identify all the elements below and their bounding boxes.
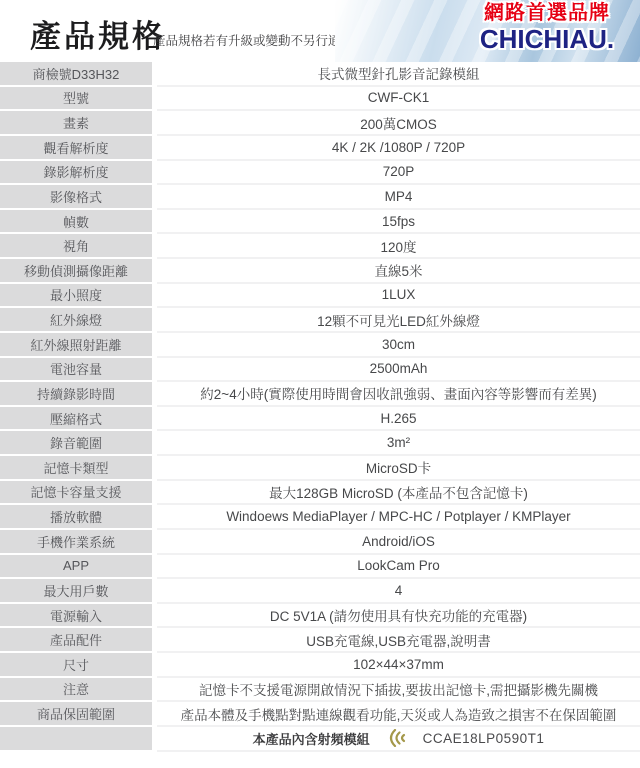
spec-row: 型號 CWF-CK1 [0, 87, 640, 112]
rf-cert-code: CCAE18LP0590T1 [423, 731, 545, 746]
rf-cert-cell: 本產品內含射頻模組 CCAE18LP0590T1 [157, 727, 640, 752]
spec-value: 約2~4小時(實際使用時間會因收訊強弱、畫面內容等影響而有差異) [157, 382, 640, 407]
spec-label: 商品保固範圍 [0, 702, 152, 727]
page-title: 產品規格 [30, 11, 166, 56]
spec-row: 產品配件 USB充電線,USB充電器,說明書 [0, 628, 640, 653]
spec-row: 畫素 200萬CMOS [0, 111, 640, 136]
spec-value: 3m² [157, 431, 640, 456]
spec-row: 最小照度 1LUX [0, 284, 640, 309]
header-note: 產品規格若有升級或變動不另行通知 [153, 31, 353, 49]
spec-label: 尺寸 [0, 653, 152, 678]
spec-label: 紅外線燈 [0, 308, 152, 333]
spec-row: 手機作業系統 Android/iOS [0, 530, 640, 555]
spec-value: 4K / 2K /1080P / 720P [157, 136, 640, 161]
spec-value: 120度 [157, 234, 640, 259]
spec-label: 紅外線照射距離 [0, 333, 152, 358]
spec-row: 電源輸入 DC 5V1A (請勿使用具有快充功能的充電器) [0, 604, 640, 629]
spec-label: 記憶卡容量支援 [0, 481, 152, 506]
spec-row: 移動偵測攝像距離 直線5米 [0, 259, 640, 284]
spec-value: MicroSD卡 [157, 456, 640, 481]
spec-value: 最大128GB MicroSD (本產品不包含記憶卡) [157, 481, 640, 506]
spec-label: 產品配件 [0, 628, 152, 653]
spec-value: USB充電線,USB充電器,說明書 [157, 628, 640, 653]
spec-row: 幀數 15fps [0, 210, 640, 235]
spec-value: 長式微型針孔影音記錄模組 [157, 62, 640, 87]
spec-label: 錄影解析度 [0, 161, 152, 186]
product-spec-page: 產品規格 產品規格若有升級或變動不另行通知 網路首選品牌 CHICHIAU. 商… [0, 0, 640, 768]
spec-value: 產品本體及手機點對點連線觀看功能,天災或人為造致之損害不在保固範圍 [157, 702, 640, 727]
spec-label: 注意 [0, 678, 152, 703]
spec-value: 720P [157, 161, 640, 186]
spec-row: 商檢號D33H32 長式微型針孔影音記錄模組 [0, 62, 640, 87]
spec-label: 持續錄影時間 [0, 382, 152, 407]
spec-label: 型號 [0, 87, 152, 112]
spec-label: 錄音範圍 [0, 431, 152, 456]
spec-value: 12顆不可見光LED紅外線燈 [157, 308, 640, 333]
spec-row: 錄音範圍 3m² [0, 431, 640, 456]
spec-label-empty [0, 727, 152, 752]
spec-value: CWF-CK1 [157, 87, 640, 112]
spec-label: 播放軟體 [0, 505, 152, 530]
spec-row: 影像格式 MP4 [0, 185, 640, 210]
spec-value: 記憶卡不支援電源開啟情況下插拔,要拔出記憶卡,需把攝影機先關機 [157, 678, 640, 703]
rf-waves-icon [386, 729, 407, 747]
spec-row: APP LookCam Pro [0, 555, 640, 580]
spec-value: Android/iOS [157, 530, 640, 555]
brand-name: CHICHIAU. [456, 25, 638, 54]
brand-badge-text: 網路首選品牌 CHICHIAU. [456, 2, 638, 54]
spec-value: DC 5V1A (請勿使用具有快充功能的充電器) [157, 604, 640, 629]
spec-value: 102×44×37mm [157, 653, 640, 678]
spec-label: 移動偵測攝像距離 [0, 259, 152, 284]
spec-row: 壓縮格式 H.265 [0, 407, 640, 432]
spec-label: 壓縮格式 [0, 407, 152, 432]
spec-value: LookCam Pro [157, 555, 640, 580]
spec-row: 紅外線燈 12顆不可見光LED紅外線燈 [0, 308, 640, 333]
spec-row: 錄影解析度 720P [0, 161, 640, 186]
spec-row: 尺寸 102×44×37mm [0, 653, 640, 678]
spec-row: 記憶卡容量支援 最大128GB MicroSD (本產品不包含記憶卡) [0, 481, 640, 506]
spec-row: 持續錄影時間 約2~4小時(實際使用時間會因收訊強弱、畫面內容等影響而有差異) [0, 382, 640, 407]
spec-row: 視角 120度 [0, 234, 640, 259]
spec-label: 視角 [0, 234, 152, 259]
spec-value: 4 [157, 579, 640, 604]
spec-label: 電源輸入 [0, 604, 152, 629]
spec-label: 觀看解析度 [0, 136, 152, 161]
spec-label: 手機作業系統 [0, 530, 152, 555]
spec-value: 200萬CMOS [157, 111, 640, 136]
spec-value: 30cm [157, 333, 640, 358]
spec-value: 1LUX [157, 284, 640, 309]
spec-value: 15fps [157, 210, 640, 235]
spec-value: MP4 [157, 185, 640, 210]
spec-label: APP [0, 555, 152, 580]
spec-table: 商檢號D33H32 長式微型針孔影音記錄模組 型號 CWF-CK1 畫素 200… [0, 62, 640, 752]
brand-slogan: 網路首選品牌 [456, 2, 638, 24]
spec-row: 電池容量 2500mAh [0, 358, 640, 383]
spec-value: Windoews MediaPlayer / MPC-HC / Potplaye… [157, 505, 640, 530]
brand-badge: 網路首選品牌 CHICHIAU. [335, 0, 640, 63]
spec-label: 電池容量 [0, 358, 152, 383]
spec-row: 注意 記憶卡不支援電源開啟情況下插拔,要拔出記憶卡,需把攝影機先關機 [0, 678, 640, 703]
spec-row: 記憶卡類型 MicroSD卡 [0, 456, 640, 481]
spec-row: 商品保固範圍 產品本體及手機點對點連線觀看功能,天災或人為造致之損害不在保固範圍 [0, 702, 640, 727]
spec-label: 記憶卡類型 [0, 456, 152, 481]
spec-value: 2500mAh [157, 358, 640, 383]
spec-value: H.265 [157, 407, 640, 432]
spec-label: 商檢號D33H32 [0, 62, 152, 87]
spec-label: 幀數 [0, 210, 152, 235]
spec-row: 最大用戶數 4 [0, 579, 640, 604]
spec-row: 觀看解析度 4K / 2K /1080P / 720P [0, 136, 640, 161]
spec-row: 播放軟體 Windoews MediaPlayer / MPC-HC / Pot… [0, 505, 640, 530]
spec-label: 影像格式 [0, 185, 152, 210]
spec-label: 畫素 [0, 111, 152, 136]
rf-module-note: 本產品內含射頻模組 [253, 729, 370, 748]
spec-label: 最大用戶數 [0, 579, 152, 604]
rf-cert-row: 本產品內含射頻模組 CCAE18LP0590T1 [0, 727, 640, 752]
header: 產品規格 產品規格若有升級或變動不另行通知 網路首選品牌 CHICHIAU. [0, 0, 640, 62]
spec-row: 紅外線照射距離 30cm [0, 333, 640, 358]
spec-value: 直線5米 [157, 259, 640, 284]
spec-label: 最小照度 [0, 284, 152, 309]
